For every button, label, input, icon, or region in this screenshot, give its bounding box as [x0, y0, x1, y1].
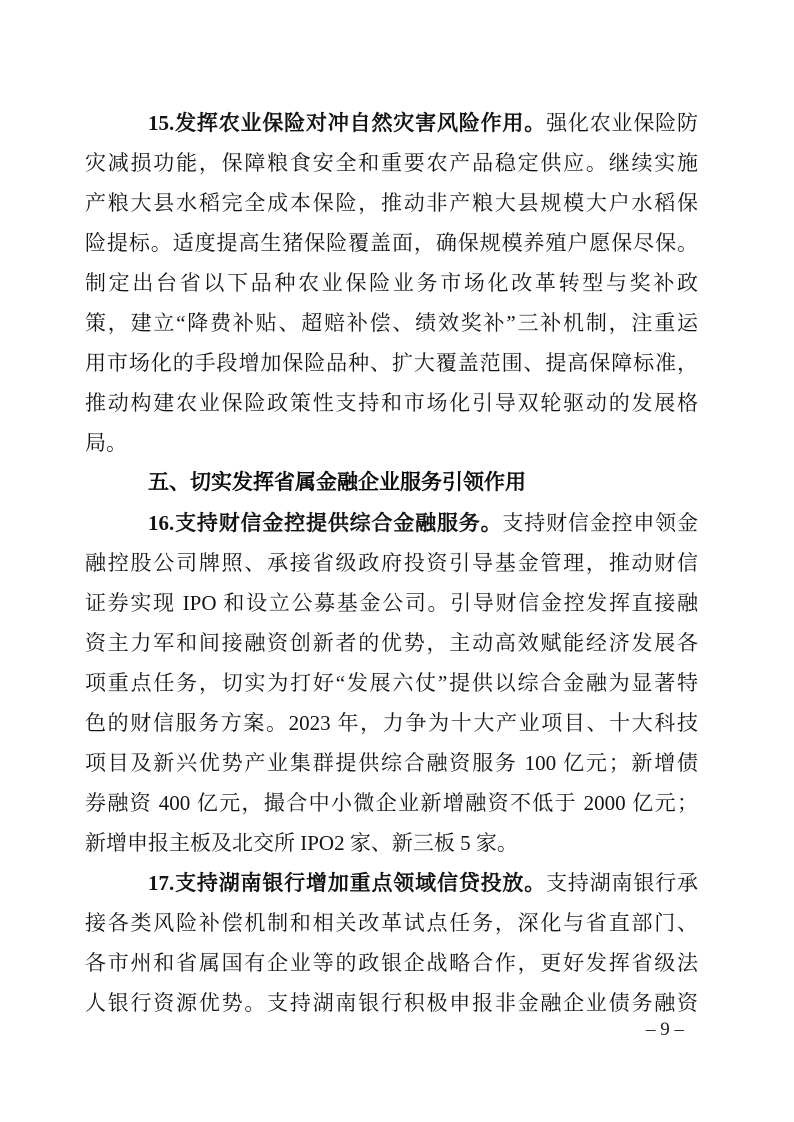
paragraph-17-line1-text: 支持湖南银行承 [546, 871, 698, 895]
text-line: 项重点任务，切实为打好“发展六仗”提供以综合金融为显著特 [85, 663, 698, 703]
paragraph-15-lead: 15.发挥农业保险对冲自然灾害风险作用。 [148, 111, 546, 135]
paragraph-15: 15.发挥农业保险对冲自然灾害风险作用。强化农业保险防 灾减损功能，保障粮食安全… [85, 103, 698, 463]
text-line: 接各类风险补偿机制和相关改革试点任务，深化与省直部门、 [85, 903, 698, 943]
text-line: 15.发挥农业保险对冲自然灾害风险作用。强化农业保险防 [85, 103, 698, 143]
paragraph-15-line1-text: 强化农业保险防 [546, 111, 698, 135]
text-line: 融控股公司牌照、承接省级政府投资引导基金管理，推动财信 [85, 543, 698, 583]
text-line: 色的财信服务方案。2023 年，力争为十大产业项目、十大科技 [85, 703, 698, 743]
text-line: 人银行资源优势。支持湖南银行积极申报非金融企业债务融资 [85, 983, 698, 1023]
text-line: 用市场化的手段增加保险品种、扩大覆盖范围、提高保障标准， [85, 343, 698, 383]
text-line: 灾减损功能，保障粮食安全和重要农产品稳定供应。继续实施 [85, 143, 698, 183]
text-line: 新增申报主板及北交所 IPO2 家、新三板 5 家。 [85, 823, 698, 863]
section-5-heading: 五、切实发挥省属金融企业服务引领作用 [85, 463, 698, 503]
text-line: 证券实现 IPO 和设立公募基金公司。引导财信金控发挥直接融 [85, 583, 698, 623]
text-line: 各市州和省属国有企业等的政银企战略合作，更好发挥省级法 [85, 943, 698, 983]
text-line: 策，建立“降费补贴、超赔补偿、绩效奖补”三补机制，注重运 [85, 303, 698, 343]
text-line: 券融资 400 亿元，撮合中小微企业新增融资不低于 2000 亿元； [85, 783, 698, 823]
text-line: 推动构建农业保险政策性支持和市场化引导双轮驱动的发展格 [85, 383, 698, 423]
text-line: 资主力军和间接融资创新者的优势，主动高效赋能经济发展各 [85, 623, 698, 663]
text-line: 局。 [85, 423, 698, 463]
text-line: 产粮大县水稻完全成本保险，推动非产粮大县规模大户水稻保 [85, 183, 698, 223]
paragraph-17: 17.支持湖南银行增加重点领域信贷投放。支持湖南银行承 接各类风险补偿机制和相关… [85, 863, 698, 1023]
paragraph-16-line1-text: 支持财信金控申领金 [502, 511, 698, 535]
paragraph-16: 16.支持财信金控提供综合金融服务。支持财信金控申领金 融控股公司牌照、承接省级… [85, 503, 698, 863]
text-line: 16.支持财信金控提供综合金融服务。支持财信金控申领金 [85, 503, 698, 543]
paragraph-17-lead: 17.支持湖南银行增加重点领域信贷投放。 [148, 871, 546, 895]
paragraph-16-lead: 16.支持财信金控提供综合金融服务。 [148, 511, 502, 535]
page-number: – 9 – [625, 1019, 705, 1041]
text-line: 17.支持湖南银行增加重点领域信贷投放。支持湖南银行承 [85, 863, 698, 903]
document-content: 15.发挥农业保险对冲自然灾害风险作用。强化农业保险防 灾减损功能，保障粮食安全… [85, 103, 698, 1023]
text-line: 项目及新兴优势产业集群提供综合融资服务 100 亿元；新增债 [85, 743, 698, 783]
text-line: 制定出台省以下品种农业保险业务市场化改革转型与奖补政 [85, 263, 698, 303]
document-page: 15.发挥农业保险对冲自然灾害风险作用。强化农业保险防 灾减损功能，保障粮食安全… [0, 0, 794, 1122]
text-line: 险提标。适度提高生猪保险覆盖面，确保规模养殖户愿保尽保。 [85, 223, 698, 263]
